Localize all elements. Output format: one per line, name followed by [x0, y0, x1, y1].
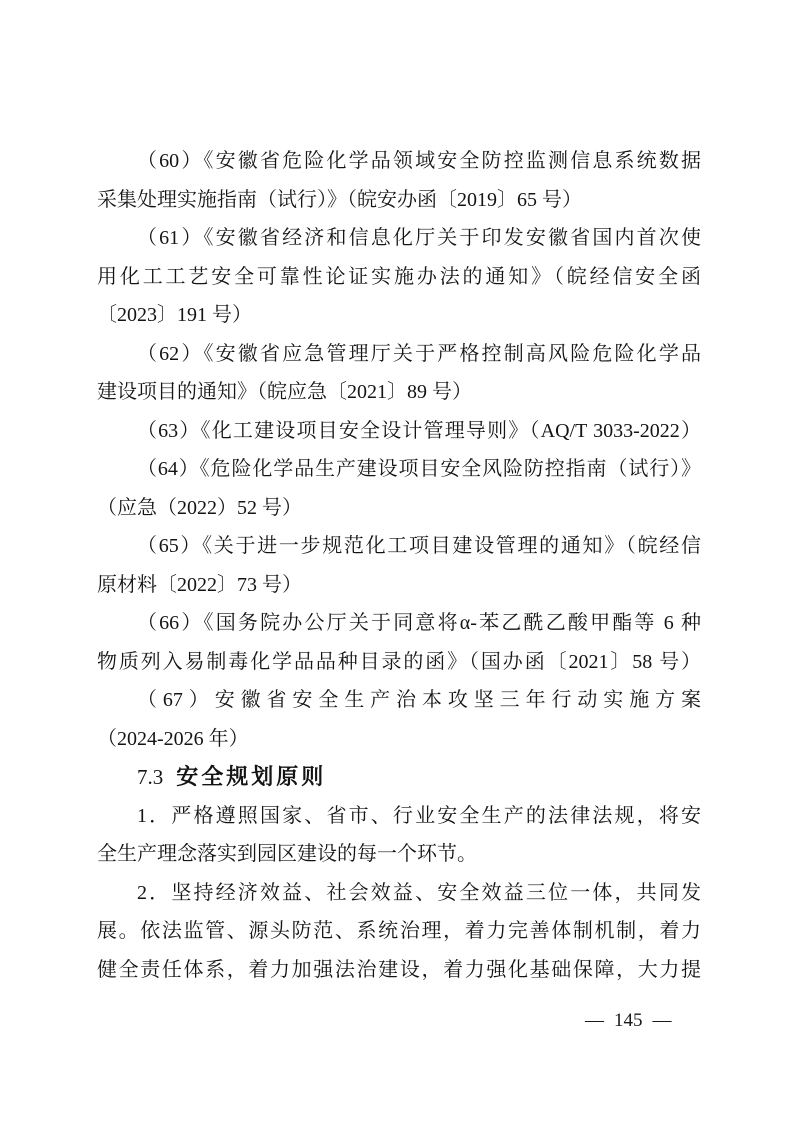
list-item-61-line-2: 用化工工艺安全可靠性论证实施办法的通知》（皖经信安全函 [97, 258, 701, 297]
list-item-60-line-2: 采集处理实施指南（试行）》（皖安办函〔2019〕65 号） [97, 181, 701, 220]
list-item-61-line-1: （61）《安徽省经济和信息化厅关于印发安徽省国内首次使 [97, 219, 701, 258]
principle-2-line-2: 展。依法监管、源头防范、系统治理，着力完善体制机制，着力 [97, 912, 701, 951]
page-number-right-dash: — [653, 1010, 672, 1032]
section-heading-7-3: 7.3安全规划原则 [97, 758, 701, 797]
list-item-67-line-2: （2024-2026 年） [97, 720, 701, 759]
page-number-left-dash: — [585, 1010, 604, 1032]
list-item-65-line-1: （65）《关于进一步规范化工项目建设管理的通知》（皖经信 [97, 527, 701, 566]
list-item-66-line-2: 物质列入易制毒化学品品种目录的函》（国办函〔2021〕58 号） [97, 643, 701, 682]
principle-2-line-1: 2．坚持经济效益、社会效益、安全效益三位一体，共同发 [97, 874, 701, 913]
list-item-60-line-1: （60）《安徽省危险化学品领域安全防控监测信息系统数据 [97, 142, 701, 181]
list-item-62-line-1: （62）《安徽省应急管理厅关于严格控制高风险危险化学品 [97, 335, 701, 374]
list-item-64-line-1: （64）《危险化学品生产建设项目安全风险防控指南（试行）》 [97, 450, 701, 489]
principle-1-line-1: 1．严格遵照国家、省市、行业安全生产的法律法规，将安 [97, 797, 701, 836]
principle-1-line-2: 全生产理念落实到园区建设的每一个环节。 [97, 835, 701, 874]
heading-number: 7.3 [137, 765, 163, 789]
list-item-65-line-2: 原材料〔2022〕73 号） [97, 566, 701, 605]
list-item-62-line-2: 建设项目的通知》（皖应急〔2021〕89 号） [97, 373, 701, 412]
page-number-value: 145 [614, 1010, 643, 1032]
list-item-67-line-1: （67）安徽省安全生产治本攻坚三年行动实施方案 [97, 681, 701, 720]
list-item-61-line-3: 〔2023〕191 号） [97, 296, 701, 335]
list-item-66-line-1: （66）《国务院办公厅关于同意将α-苯乙酰乙酸甲酯等 6 种 [97, 604, 701, 643]
heading-text: 安全规划原则 [176, 764, 326, 789]
list-item-64-line-2: （应急（2022）52 号） [97, 489, 701, 528]
document-page: （60）《安徽省危险化学品领域安全防控监测信息系统数据采集处理实施指南（试行）》… [0, 0, 794, 1122]
document-body: （60）《安徽省危险化学品领域安全防控监测信息系统数据采集处理实施指南（试行）》… [97, 142, 701, 989]
page-number: — 145 — [585, 1006, 672, 1036]
principle-2-line-3: 健全责任体系，着力加强法治建设，着力强化基础保障，大力提 [97, 951, 701, 990]
list-item-63-line-1: （63）《化工建设项目安全设计管理导则》（AQ/T 3033-2022） [97, 412, 701, 451]
